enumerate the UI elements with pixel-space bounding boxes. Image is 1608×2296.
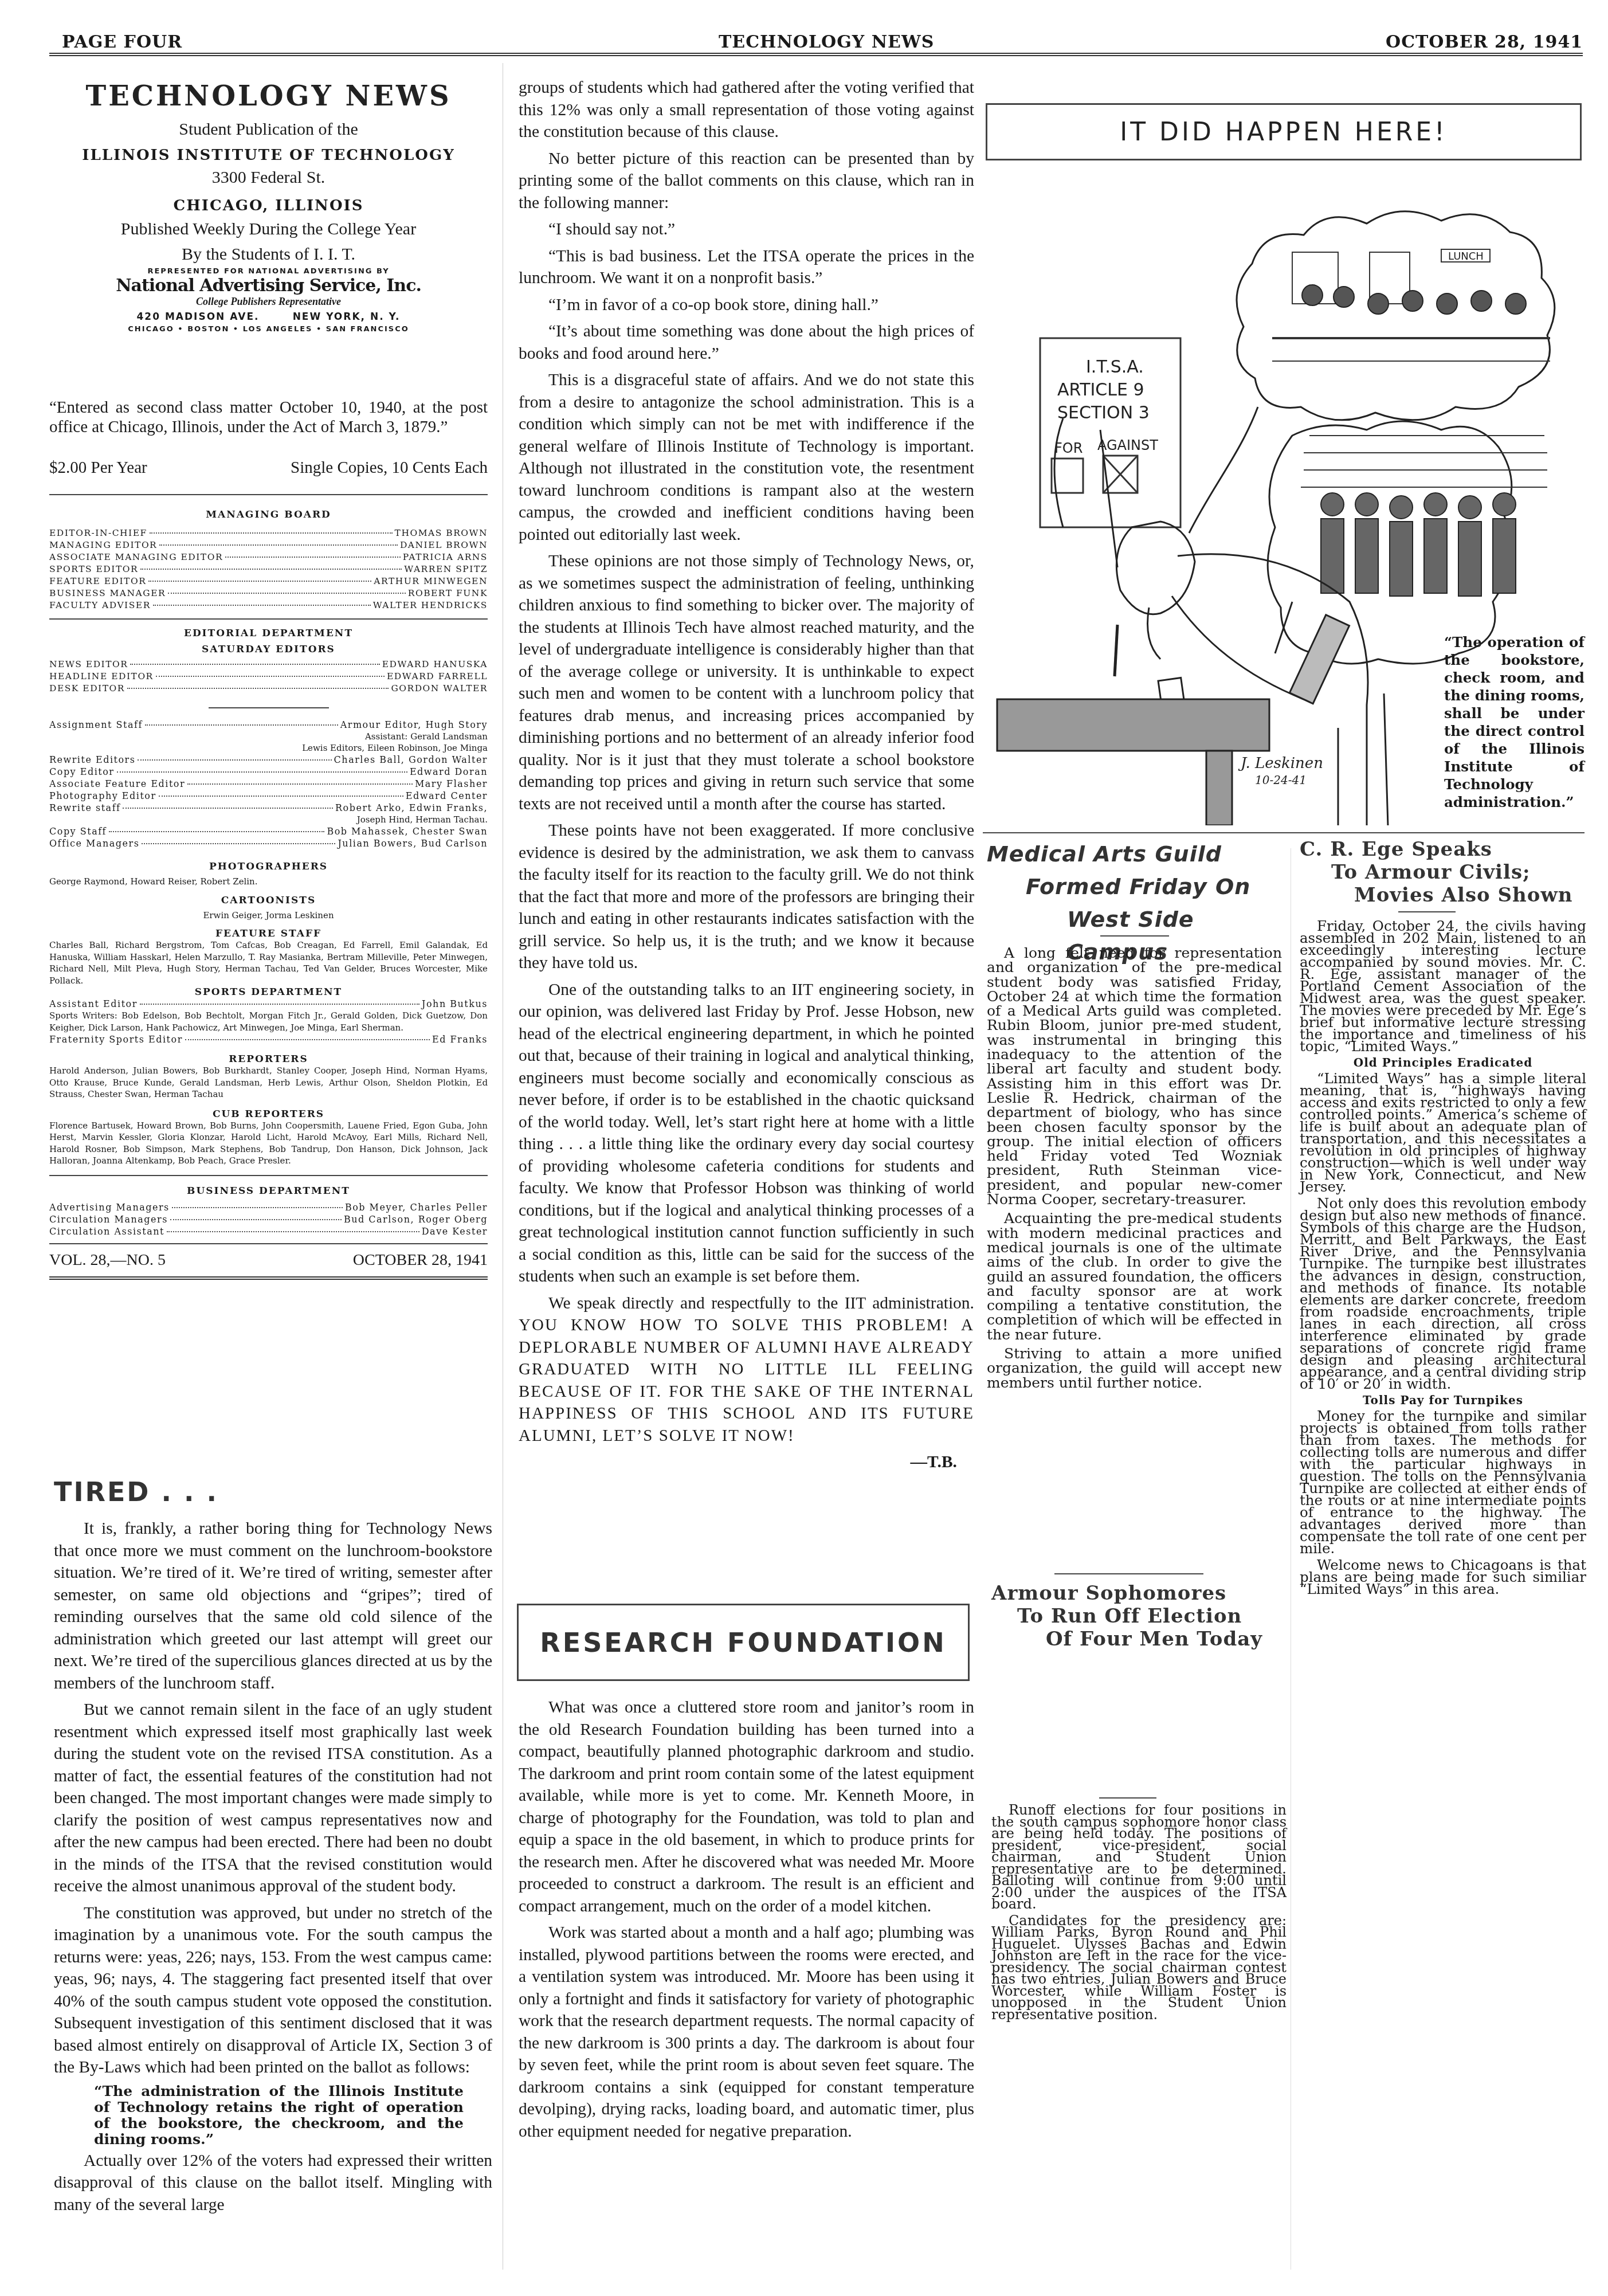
pen bbox=[1115, 625, 1117, 676]
paragraph: This is a disgraceful state of affairs. … bbox=[519, 369, 974, 546]
volume-date: OCTOBER 28, 1941 bbox=[353, 1251, 488, 1270]
staff-row: Associate Managing EditorPatricia Arns bbox=[49, 551, 488, 563]
staff-row: Copy StaffBob Mahassek, Chester Swan bbox=[49, 825, 488, 837]
business-dept-heading: BUSINESS DEPARTMENT bbox=[49, 1185, 488, 1197]
paragraph: Acquainting the pre-medical students wit… bbox=[987, 1211, 1282, 1342]
masthead-title: TECHNOLOGY NEWS bbox=[49, 80, 488, 112]
ballot-line3: SECTION 3 bbox=[1057, 403, 1150, 423]
paragraph: groups of students which had gathered af… bbox=[519, 77, 974, 143]
paragraph: The constitution was approved, but under… bbox=[54, 1902, 492, 2079]
divider bbox=[49, 1243, 488, 1244]
saturday-editors-heading: SATURDAY EDITORS bbox=[49, 644, 488, 655]
closing-caps: YOU KNOW HOW TO SOLVE THIS PROBLEM! A DE… bbox=[519, 1316, 974, 1445]
volume-line: VOL. 28,—NO. 5 OCTOBER 28, 1941 bbox=[49, 1251, 488, 1270]
thought-cloud-lunch bbox=[1237, 211, 1555, 420]
paragraph: These opinions are not those simply of T… bbox=[519, 550, 974, 815]
ballot-comment: “It’s about time something was done abou… bbox=[519, 320, 974, 365]
staff-row: Assignment StaffArmour Editor, Hugh Stor… bbox=[49, 719, 488, 731]
paragraph: But we cannot remain silent in the face … bbox=[54, 1699, 492, 1898]
ad-rep-name: National Advertising Service, Inc. bbox=[49, 276, 488, 296]
divider bbox=[1054, 1573, 1203, 1574]
research-body: What was once a cluttered store room and… bbox=[519, 1696, 974, 2147]
ballot-line1: I.T.S.A. bbox=[1086, 357, 1144, 377]
editorial-dept-heading: EDITORIAL DEPARTMENT bbox=[49, 628, 488, 639]
reporters-names: Harold Anderson, Julian Bowers, Bob Burk… bbox=[49, 1065, 488, 1100]
sports-writers: Sports Writers: Bob Edelson, Bob Bechtol… bbox=[49, 1010, 488, 1033]
staff-row: Copy EditorEdward Doran bbox=[49, 766, 488, 778]
ege-body: Friday, October 24, the civils having as… bbox=[1300, 920, 1586, 1600]
paragraph: One of the outstanding talks to an IIT e… bbox=[519, 979, 974, 1288]
staff-row: Fraternity Sports EditorEd Franks bbox=[49, 1033, 488, 1045]
cartoon-banner: IT DID HAPPEN HERE! bbox=[986, 103, 1582, 160]
research-headline: RESEARCH FOUNDATION bbox=[540, 1627, 946, 1658]
masthead-city: CHICAGO, ILLINOIS bbox=[49, 197, 488, 214]
desk bbox=[997, 699, 1269, 825]
masthead-by: By the Students of I. I. T. bbox=[49, 243, 488, 266]
managing-board-list: Editor-in-ChiefThomas Brown Managing Edi… bbox=[49, 527, 488, 612]
staff-row: Circulation ManagersBud Carlson, Roger O… bbox=[49, 1213, 488, 1225]
paragraph: It is, frankly, a rather boring thing fo… bbox=[54, 1518, 492, 1694]
cub-reporters-names: Florence Bartusek, Howard Brown, Bob Bur… bbox=[49, 1120, 488, 1167]
paragraph: Work was started about a month and a hal… bbox=[519, 1922, 974, 2142]
staff-row: Associate Feature EditorMary Flasher bbox=[49, 778, 488, 790]
cartoon-rule bbox=[983, 832, 1585, 833]
paragraph: These points have not been exaggerated. … bbox=[519, 820, 974, 974]
research-foundation-banner: RESEARCH FOUNDATION bbox=[517, 1604, 970, 1681]
cartoon-caption: “The operation of the bookstore, check r… bbox=[1444, 633, 1585, 811]
staff-row: Advertising ManagersBob Meyer, Charles P… bbox=[49, 1201, 488, 1213]
volume-number: VOL. 28,—NO. 5 bbox=[49, 1251, 166, 1270]
ballot-comment: “This is bad business. Let the ITSA oper… bbox=[519, 245, 974, 289]
staff-row: News EditorEdward Hanuska bbox=[49, 659, 488, 671]
divider bbox=[49, 1175, 488, 1176]
running-paper-name: TECHNOLOGY NEWS bbox=[719, 32, 934, 52]
paragraph: No better picture of this reaction can b… bbox=[519, 148, 974, 214]
staff-row: Assistant EditorJohn Butkus bbox=[49, 998, 488, 1010]
divider bbox=[49, 1276, 488, 1280]
ballot-line2: ARTICLE 9 bbox=[1057, 380, 1144, 400]
paragraph: Striving to attain a more unified organi… bbox=[987, 1346, 1282, 1390]
sophomores-body: Runoff elections for four positions in t… bbox=[991, 1804, 1287, 2025]
ad-rep-sub: College Publishers Representative bbox=[49, 296, 488, 308]
column-separator bbox=[1291, 848, 1291, 2270]
assignment-list: Assignment StaffArmour Editor, Hugh Stor… bbox=[49, 719, 488, 849]
paragraph: Runoff elections for four positions in t… bbox=[991, 1804, 1287, 1910]
divider bbox=[49, 618, 488, 620]
ballot-comment: “I’m in favor of a co-op book store, din… bbox=[519, 294, 974, 316]
ege-subhead-1: Old Principles Eradicated bbox=[1300, 1057, 1586, 1069]
masthead-subtitle: Student Publication of the bbox=[49, 118, 488, 141]
editorial-body-part2: groups of students which had gathered af… bbox=[519, 77, 974, 1474]
staff-row: Managing EditorDaniel Brown bbox=[49, 539, 488, 551]
thought-trail bbox=[1189, 407, 1258, 533]
ad-rep-label: REPRESENTED FOR NATIONAL ADVERTISING BY bbox=[49, 267, 488, 276]
cub-reporters-heading: CUB REPORTERS bbox=[49, 1108, 488, 1120]
staff-row: Desk EditorGordon Walter bbox=[49, 683, 488, 695]
editorial-headline: TIRED . . . bbox=[54, 1476, 218, 1507]
staff-row: Faculty AdviserWalter Hendricks bbox=[49, 600, 488, 612]
running-date: OCTOBER 28, 1941 bbox=[1386, 32, 1583, 52]
paragraph: Welcome news to Chicagoans is that plans… bbox=[1300, 1559, 1586, 1595]
managing-board-heading: MANAGING BOARD bbox=[49, 509, 488, 520]
ad-rep-cities: CHICAGO • BOSTON • LOS ANGELES • SAN FRA… bbox=[49, 325, 488, 334]
cartoonists-heading: CARTOONISTS bbox=[49, 895, 488, 906]
staff-row: Circulation AssistantDave Kester bbox=[49, 1225, 488, 1237]
cartoon-date: 10-24-41 bbox=[1255, 773, 1307, 787]
divider bbox=[1398, 911, 1456, 912]
staff-row: Rewrite staffRobert Arko, Edwin Franks, bbox=[49, 802, 488, 814]
paragraph: Friday, October 24, the civils having as… bbox=[1300, 920, 1586, 1052]
ad-rep-address: 420 MADISON AVE. NEW YORK, N. Y. bbox=[137, 311, 401, 323]
ege-subhead-2: Tolls Pay for Turnpikes bbox=[1300, 1394, 1586, 1406]
staff-row: Photography EditorEdward Center bbox=[49, 790, 488, 802]
masthead-published: Published Weekly During the College Year bbox=[49, 218, 488, 241]
paragraph: Not only does this revolution embody des… bbox=[1300, 1197, 1586, 1390]
staff-row: Editor-in-ChiefThomas Brown bbox=[49, 527, 488, 539]
paragraph: What was once a cluttered store room and… bbox=[519, 1696, 974, 1917]
staff-row: Feature EditorArthur Minwegen bbox=[49, 575, 488, 587]
page-label: PAGE FOUR bbox=[62, 32, 182, 52]
photographers-heading: PHOTOGRAPHERS bbox=[49, 861, 488, 872]
paragraph: Money for the turnpike and similar proje… bbox=[1300, 1410, 1586, 1554]
divider bbox=[1099, 1797, 1156, 1799]
sophomores-headline: Armour Sophomores To Run Off Election Of… bbox=[991, 1582, 1287, 1651]
staff-row: Headline EditorEdward Farrell bbox=[49, 671, 488, 683]
ege-headline: C. R. Ege Speaks To Armour Civils; Movie… bbox=[1300, 838, 1586, 907]
cartoon-headline: IT DID HAPPEN HERE! bbox=[1120, 117, 1447, 147]
divider bbox=[1100, 935, 1169, 937]
editorial-body-part1: It is, frankly, a rather boring thing fo… bbox=[54, 1518, 492, 2220]
column-separator bbox=[503, 63, 503, 2270]
medical-body: A long felt need for representation and … bbox=[987, 946, 1282, 1394]
photographers-names: George Raymond, Howard Reiser, Robert Ze… bbox=[49, 876, 488, 888]
paragraph: “Limited Ways” has a simple literal mean… bbox=[1300, 1072, 1586, 1193]
header-rule bbox=[49, 53, 1583, 56]
staff-box: MANAGING BOARD Editor-in-ChiefThomas Bro… bbox=[49, 447, 488, 1280]
feature-staff-names: Charles Ball, Richard Bergstrom, Tom Caf… bbox=[49, 939, 488, 986]
sports-dept-heading: SPORTS DEPARTMENT bbox=[49, 986, 488, 998]
staff-row: Business ManagerRobert Funk bbox=[49, 587, 488, 600]
editorial-signature: —T.B. bbox=[519, 1451, 974, 1474]
paragraph: Candidates for the presidency are: Willi… bbox=[991, 1915, 1287, 2021]
ballot-against: AGAINST bbox=[1097, 437, 1158, 453]
feature-staff-heading: FEATURE STAFF bbox=[49, 928, 488, 939]
staff-row: Sports EditorWarren Spitz bbox=[49, 563, 488, 575]
divider bbox=[209, 707, 329, 708]
masthead-institution: ILLINOIS INSTITUTE OF TECHNOLOGY bbox=[49, 147, 488, 164]
masthead-address: 3300 Federal St. bbox=[49, 166, 488, 189]
paragraph: We speak directly and respectfully to th… bbox=[519, 1292, 974, 1447]
masthead: TECHNOLOGY NEWS Student Publication of t… bbox=[49, 80, 488, 334]
cartoon-artist: J. Leskinen bbox=[1238, 755, 1323, 772]
entered-notice: “Entered as second class matter October … bbox=[49, 398, 488, 437]
lunch-sign: LUNCH bbox=[1448, 250, 1484, 262]
bylaw-quote: “The administration of the Illinois Inst… bbox=[94, 2083, 464, 2148]
ballot-for: FOR bbox=[1054, 440, 1083, 456]
staff-row: Rewrite EditorsCharles Ball, Gordon Walt… bbox=[49, 754, 488, 766]
cartoonists-names: Erwin Geiger, Jorma Leskinen bbox=[49, 910, 488, 922]
reporters-heading: REPORTERS bbox=[49, 1053, 488, 1065]
staff-row: Office ManagersJulian Bowers, Bud Carlso… bbox=[49, 837, 488, 849]
ballot-comment: “I should say not.” bbox=[519, 218, 974, 241]
paragraph: Actually over 12% of the voters had expr… bbox=[54, 2150, 492, 2216]
paragraph: A long felt need for representation and … bbox=[987, 946, 1282, 1206]
